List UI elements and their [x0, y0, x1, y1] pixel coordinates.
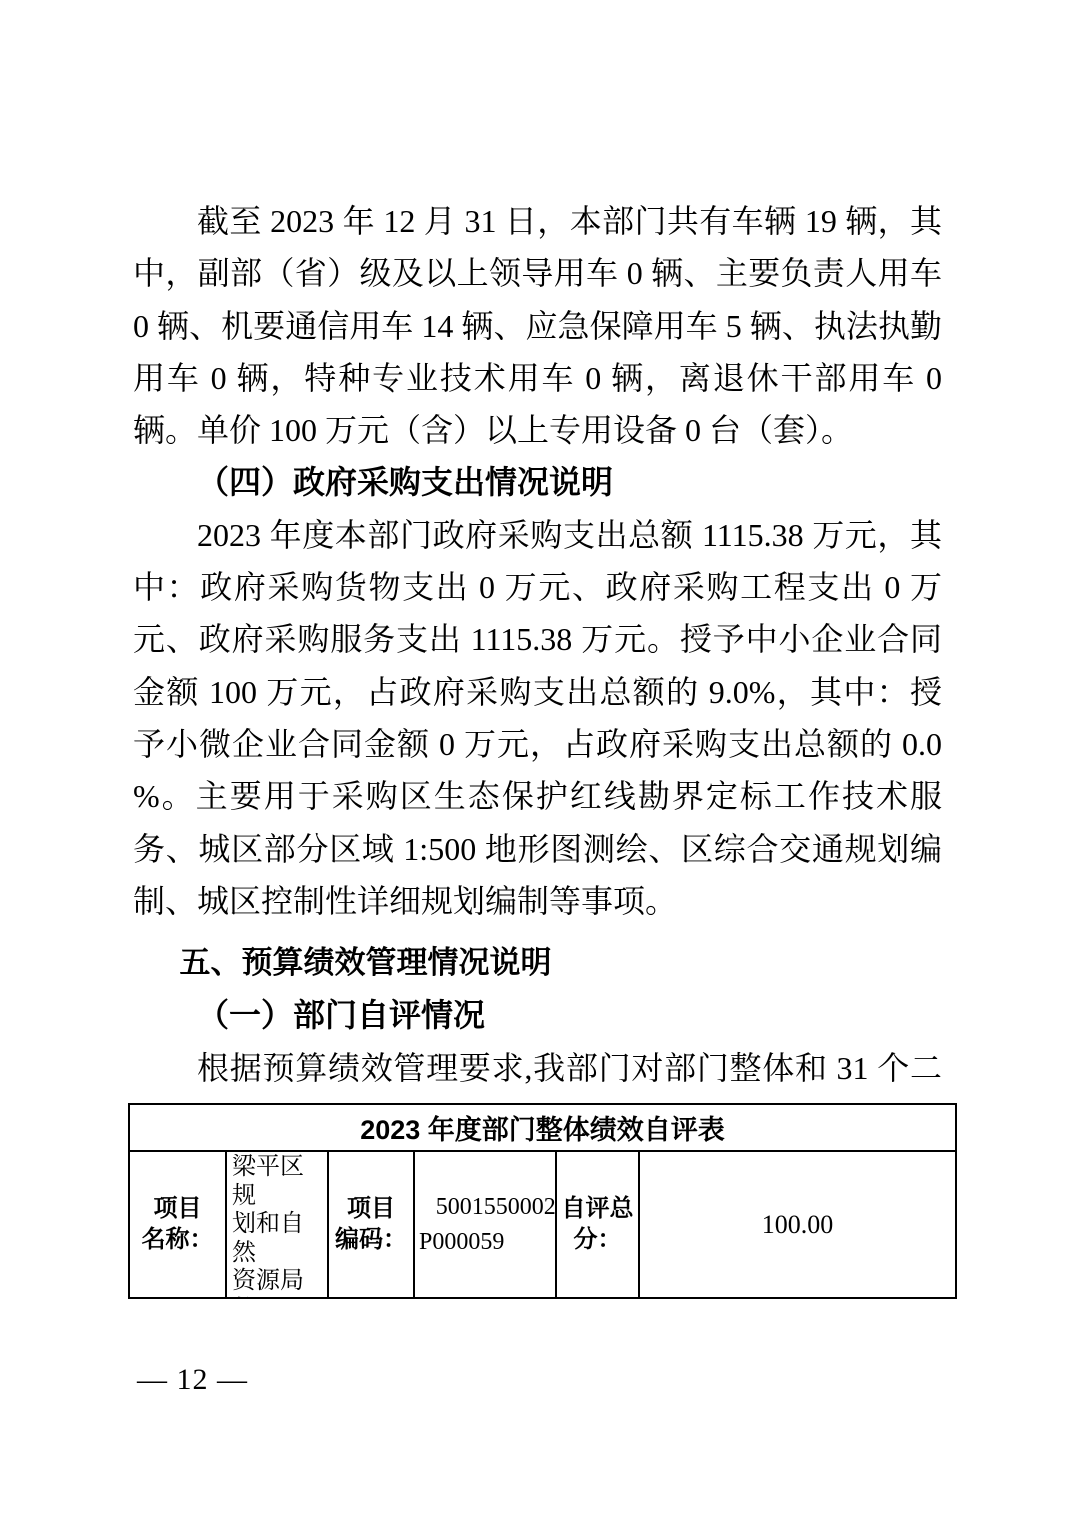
- paragraph-vehicles: 截至 2023 年 12 月 31 日，本部门共有车辆 19 辆，其中，副部（省…: [133, 195, 942, 456]
- project-name-label-cell: 项目 名称：: [130, 1152, 227, 1297]
- document-page: 截至 2023 年 12 月 31 日，本部门共有车辆 19 辆，其中，副部（省…: [0, 0, 1075, 1520]
- project-code-value-cell: 50015500023 P000059: [415, 1152, 557, 1297]
- project-name-value-cell: 重庆市 梁平区规 划和自然 资源局整 体自评: [227, 1152, 329, 1297]
- table-title: 2023 年度部门整体绩效自评表: [130, 1105, 955, 1152]
- project-name-value: 重庆市 梁平区规 划和自然 资源局整 体自评: [232, 1152, 322, 1297]
- project-code-label-cell: 项目 编码：: [329, 1152, 415, 1297]
- self-score-label-cell: 自评总 分：: [557, 1152, 640, 1297]
- document-body: 截至 2023 年 12 月 31 日，本部门共有车辆 19 辆，其中，副部（省…: [133, 195, 942, 1199]
- heading-section-five: 五、预算绩效管理情况说明: [133, 937, 942, 989]
- heading-self-evaluation: （一）部门自评情况: [133, 989, 942, 1041]
- heading-procurement: （四）政府采购支出情况说明: [133, 456, 942, 508]
- performance-self-evaluation-table: 2023 年度部门整体绩效自评表 项目 名称： 重庆市 梁平区规 划和自然 资源…: [128, 1103, 957, 1299]
- paragraph-procurement: 2023 年度本部门政府采购支出总额 1115.38 万元，其中：政府采购货物支…: [133, 509, 942, 927]
- self-score-value-cell: 100.00: [640, 1152, 955, 1297]
- table-row: 项目 名称： 重庆市 梁平区规 划和自然 资源局整 体自评 项目 编码： 500…: [130, 1152, 955, 1297]
- project-code-value: 50015500023 P000059: [419, 1190, 551, 1260]
- page-number: — 12 —: [137, 1363, 248, 1397]
